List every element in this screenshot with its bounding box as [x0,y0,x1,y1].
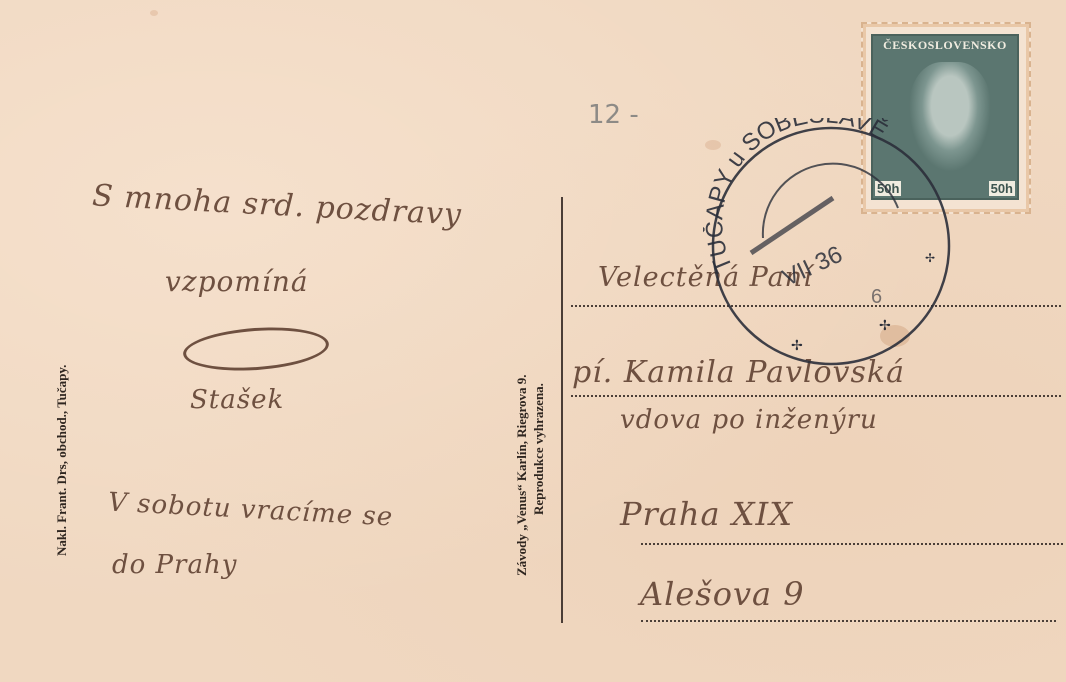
message-line-1: S mnoha srd. pozdravy [91,178,462,232]
postmark-town: TUČAPY u SOBĚSLAVĚ [703,118,892,276]
printer-imprint-line2: Reprodukce vyhrazena. [531,383,547,515]
stamp-value-right: 50h [989,181,1015,196]
message-line-4: do Prahy [112,550,237,580]
postmark-cancellation: TUČAPY u SOBĚSLAVĚ VII 36 6 ✢ ✢ ✢ [703,118,958,373]
signature: Stašek [190,385,284,415]
center-divider [561,197,563,623]
publisher-imprint: Nakl. Frant. Drs, obchod., Tučapy. [54,365,70,556]
printer-imprint-line1: Závody „Venus“ Karlín, Riegrova 9. [514,374,530,576]
message-line-3: V sobotu vracíme se [107,488,394,533]
message-line-2: vzpomíná [165,265,309,298]
postcard: Nakl. Frant. Drs, obchod., Tučapy. Závod… [0,0,1066,682]
address-line-3 [641,543,1063,545]
signature-flourish [182,323,331,375]
pencil-note: 12 - [588,100,639,130]
stamp-country: ČESKOSLOVENSKO [873,38,1017,53]
postmark-date: VII 36 [778,241,846,292]
svg-text:✢: ✢ [791,339,803,354]
address-line-2 [571,395,1061,397]
svg-text:✢: ✢ [925,251,935,265]
postmark-suffix: 6 [871,286,882,308]
svg-text:✢: ✢ [879,319,891,334]
address-title: vdova po inženýru [620,405,878,435]
address-street: Alešova 9 [640,575,805,613]
address-city: Praha XIX [620,495,793,533]
address-line-4 [641,620,1056,622]
svg-text:TUČAPY u SOBĚSLAVĚ: TUČAPY u SOBĚSLAVĚ [703,118,892,276]
